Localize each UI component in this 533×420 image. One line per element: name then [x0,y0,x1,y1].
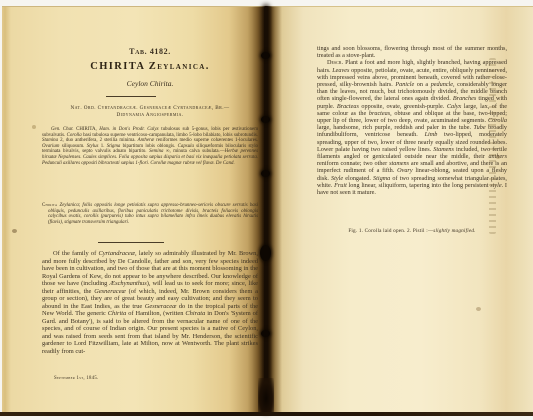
natural-order-line1: Nat. Ord. Cyrtandraceæ. Gesneraceæ Cyrta… [42,105,258,112]
description-lead: Descr. [327,59,343,66]
book-scan: Tab. 4182. CHIRITA Zeylanica. Ceylon Chi… [0,0,533,420]
left-page: Tab. 4182. CHIRITA Zeylanica. Ceylon Chi… [2,6,266,413]
binding-stitch [261,52,270,59]
tab-number: Tab. 4182. [42,47,258,56]
binding-shadow-bottom [258,378,274,412]
natural-order-line2: Didynamia Angiospermia. [42,112,258,119]
divider-rule-middle [98,242,164,243]
page-edge-showthrough [489,58,496,234]
divider-rule-top [106,96,156,97]
figure-caption: Fig. 1. Corolla laid open. 2. Pistil :—s… [317,228,507,234]
binding-stitch [261,170,270,177]
imprint-date: September 1st, 1845. [54,376,270,381]
natural-order-heading: Nat. Ord. Cyrtandraceæ. Gesneraceæ Cyrta… [42,105,258,118]
book-bottom-edge [0,412,533,416]
species-diagnosis-text: Zeylanica; foliis oppositis longe petiol… [48,203,258,225]
description-text-block: tings and soon blossoms, flowering throu… [317,45,507,196]
binding-stitch [261,116,270,123]
description-paragraph: Descr. Plant a foot and more high, sligh… [317,59,507,196]
foxing-spot [476,307,481,311]
species-diagnosis-paragraph: Chirita Zeylanica; foliis oppositis long… [42,203,258,225]
plate-title: CHIRITA Zeylanica. [42,61,258,72]
continuation-paragraph: tings and soon blossoms, flowering throu… [317,45,507,59]
description-body: Plant a foot and more high, slightly bra… [317,59,507,196]
binding-gutter-line [264,6,268,412]
binding-stitch [261,330,270,337]
commentary-paragraph: Of the family of Cyrtandraceæ, lately so… [42,250,258,355]
foxing-spot [32,125,36,129]
binding-stitch [260,245,271,261]
species-diagnosis-lead: Chirita [42,203,57,208]
generic-character-paragraph: Gen. Char. CHIRITA, Ham. in Don's Prodr.… [42,127,258,166]
foxing-spot [12,229,17,233]
plate-subtitle: Ceylon Chirita. [42,79,258,88]
